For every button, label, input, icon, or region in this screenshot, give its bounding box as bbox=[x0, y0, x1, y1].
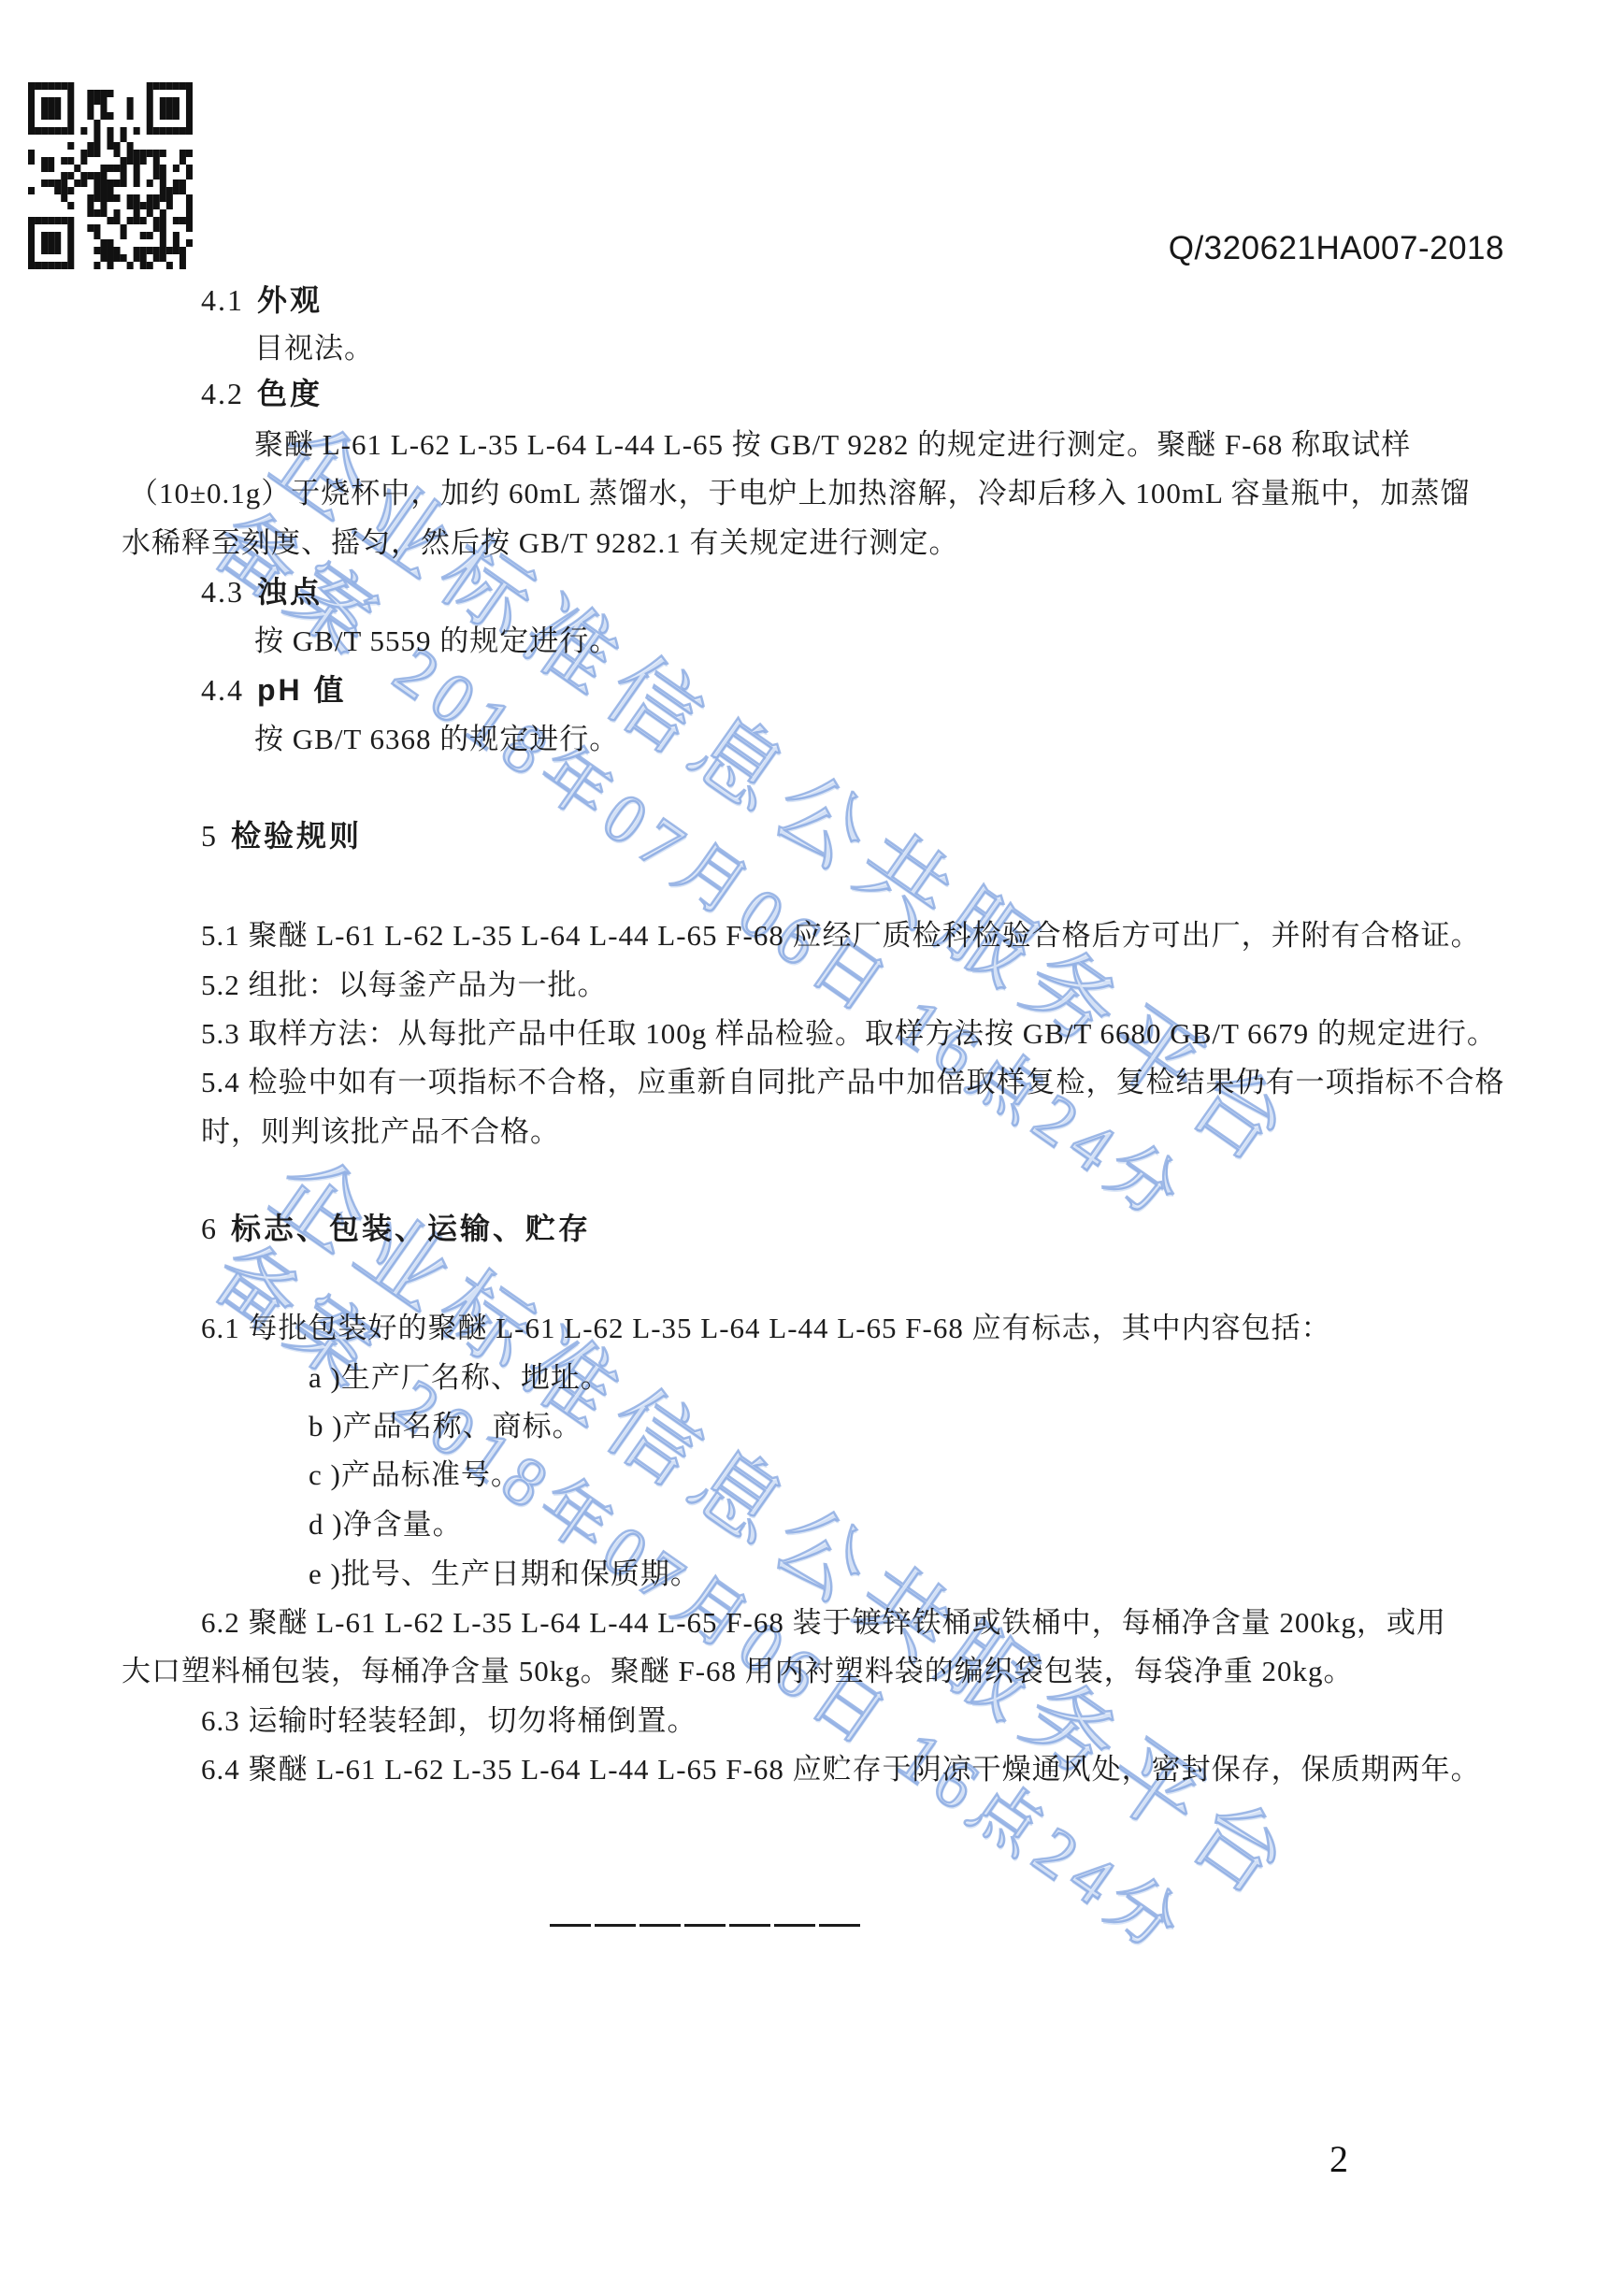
page-number: 2 bbox=[1329, 2137, 1348, 2181]
clause-6-3: 6.3 运输时轻装轻卸，切勿将桶倒置。 bbox=[201, 1706, 697, 1735]
section-heading-4-1: 4.1外观 bbox=[201, 285, 323, 315]
paragraph-4-2-line1: 聚醚 L-61 L-62 L-35 L-64 L-44 L-65 按 GB/T … bbox=[254, 430, 1411, 459]
clause-6-1: 6.1 每批包装好的聚醚 L-61 L-62 L-35 L-64 L-44 L-… bbox=[201, 1313, 1331, 1342]
paragraph-4-1: 目视法。 bbox=[254, 334, 374, 363]
clause-5-2: 5.2 组批：以每釜产品为一批。 bbox=[201, 970, 608, 999]
clause-6-4: 6.4 聚醚 L-61 L-62 L-35 L-64 L-44 L-65 F-6… bbox=[201, 1755, 1481, 1784]
list-item-d: d )净含量。 bbox=[309, 1510, 463, 1539]
section-heading-6: 6标志、包装、运输、贮存 bbox=[201, 1213, 591, 1243]
paragraph-4-4: 按 GB/T 6368 的规定进行。 bbox=[254, 725, 619, 753]
paragraph-4-2-line3: 水稀释至刻度、摇匀，然后按 GB/T 9282.1 有关规定进行测定。 bbox=[122, 528, 959, 557]
section-heading-5: 5检验规则 bbox=[201, 821, 362, 851]
section-heading-4-3: 4.3浊点 bbox=[201, 577, 323, 607]
section-heading-4-4: 4.4pH 值 bbox=[201, 675, 347, 705]
list-item-e: e )批号、生产日期和保质期。 bbox=[309, 1559, 700, 1588]
clause-5-3: 5.3 取样方法：从每批产品中任取 100g 样品检验。取样方法按 GB/T 6… bbox=[201, 1019, 1497, 1048]
list-item-c: c )产品标准号。 bbox=[309, 1460, 521, 1489]
qr-code bbox=[28, 82, 193, 269]
standard-code: Q/320621HA007-2018 bbox=[1169, 230, 1504, 267]
watermark-stamp-line: 备案2018年07月06日 16点24分 bbox=[198, 499, 1247, 1268]
list-item-b: b )产品名称、商标。 bbox=[309, 1412, 582, 1441]
paragraph-4-3: 按 GB/T 5559 的规定进行。 bbox=[254, 626, 619, 655]
document-page: 企业标准信息公共服务平台 备案2018年07月06日 16点24分 企业标准信息… bbox=[0, 0, 1624, 2296]
clause-5-4-line2: 时，则判该批产品不合格。 bbox=[201, 1117, 560, 1146]
paragraph-4-2-line2: （10±0.1g）于烧杯中，加约 60mL 蒸馏水，于电炉上加热溶解，冷却后移入… bbox=[129, 479, 1471, 508]
section-heading-4-2: 4.2色度 bbox=[201, 379, 323, 409]
clause-5-4-line1: 5.4 检验中如有一项指标不合格，应重新自同批产品中加倍取样复检，复检结果仍有一… bbox=[201, 1068, 1505, 1097]
clause-5-1: 5.1 聚醚 L-61 L-62 L-35 L-64 L-44 L-65 F-6… bbox=[201, 921, 1481, 950]
end-of-document-rule bbox=[550, 1924, 864, 1927]
clause-6-2-line2: 大口塑料桶包装，每桶净含量 50kg。聚醚 F-68 用内衬塑料袋的编织袋包装，… bbox=[122, 1657, 1354, 1686]
list-item-a: a )生产厂名称、地址。 bbox=[309, 1363, 611, 1392]
clause-6-2-line1: 6.2 聚醚 L-61 L-62 L-35 L-64 L-44 L-65 F-6… bbox=[201, 1608, 1446, 1637]
